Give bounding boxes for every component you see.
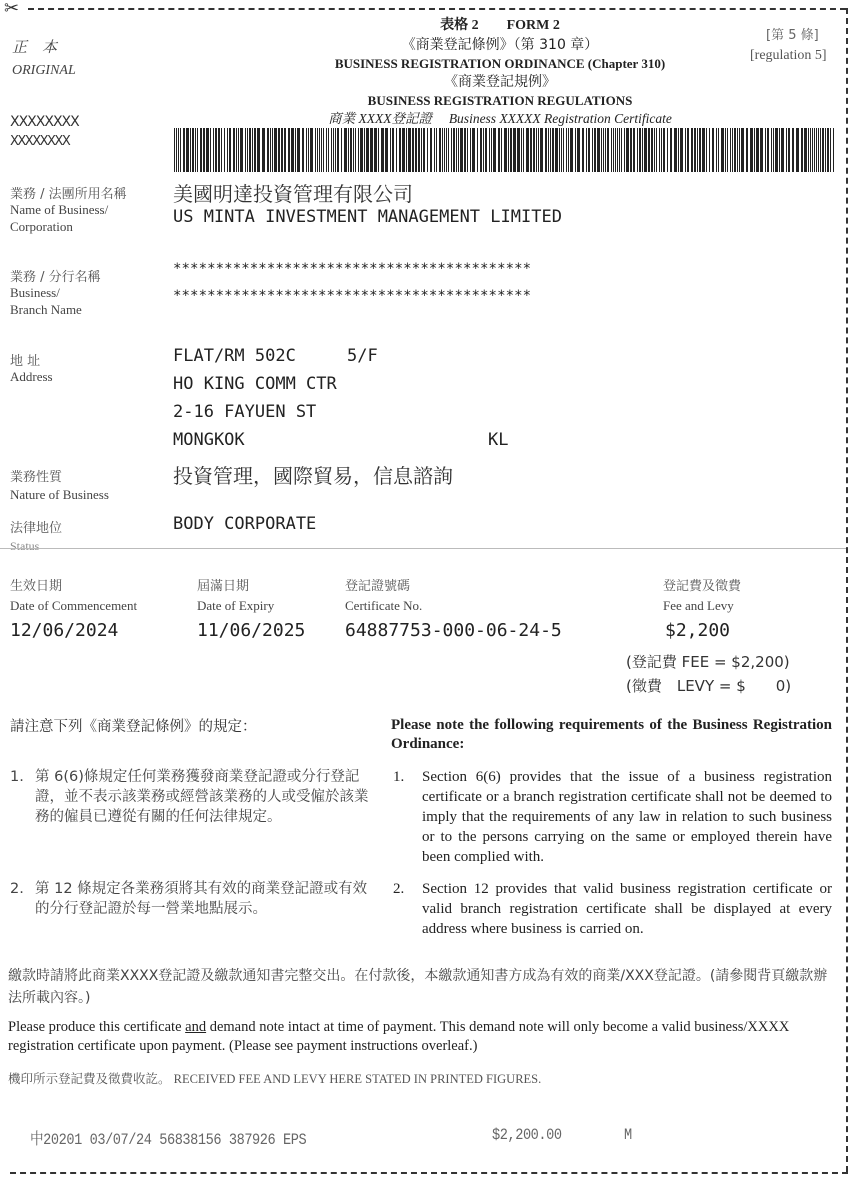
legal-status: BODY CORPORATE	[173, 514, 316, 534]
redacted-id-2: XXXXXXXX	[10, 134, 69, 149]
branch-label-en-1: Business/	[10, 284, 60, 301]
address-label-en: Address	[10, 368, 53, 385]
certificate-label-en: Certificate No.	[345, 597, 422, 614]
status-label-zh: 法律地位	[10, 517, 62, 536]
nature-of-business: 投資管理，國際貿易，信息諮詢	[173, 460, 453, 489]
note-1-en: Section 6(6) provides that the issue of …	[422, 767, 832, 867]
receipt-reference: 中20201 03/07/24 56838156 387926 EPS	[30, 1126, 306, 1149]
expiry-date: 11/06/2025	[197, 620, 305, 641]
cut-line-right	[846, 8, 848, 1172]
name-label-en-1: Name of Business/	[10, 201, 108, 218]
expiry-label-zh: 屆滿日期	[197, 575, 249, 594]
levy-breakdown: (徵費 LEVY = $ 0)	[626, 675, 791, 696]
note-2-num-zh: 2.	[10, 879, 24, 899]
form-number: 表格 2 FORM 2	[290, 18, 710, 34]
nature-label-en: Nature of Business	[10, 486, 109, 503]
note-1-zh: 第 6(6)條規定任何業務獲發商業登記證或分行登記證，並不表示該業務或經營該業務…	[35, 767, 380, 827]
business-name-zh: 美國明達投資管理有限公司	[173, 178, 413, 207]
payment-en-pre: Please produce this certificate	[8, 1019, 185, 1035]
section-divider	[0, 548, 846, 549]
commencement-label-zh: 生效日期	[10, 575, 62, 594]
address-label-zh: 地 址	[10, 350, 40, 369]
note-1-num-en: 1.	[393, 767, 404, 787]
payment-instructions-zh: 繳款時請將此商業XXXX登記證及繳款通知書完整交出。在付款後，本繳款通知書方成為…	[8, 965, 838, 1009]
payment-instructions-en: Please produce this certificate and dema…	[8, 1018, 838, 1056]
expiry-label-en: Date of Expiry	[197, 597, 274, 614]
regulation-ref-zh: [第 5 條]	[766, 24, 819, 43]
name-label-en-2: Corporation	[10, 218, 73, 235]
scissors-icon: ✂	[4, 0, 19, 19]
branch-name-1: ****************************************…	[173, 261, 531, 277]
branch-name-2: ****************************************…	[173, 288, 531, 304]
copy-label-zh: 正 本	[12, 36, 57, 57]
receipt-amount: $2,200.00	[492, 1126, 562, 1144]
fee-label-en: Fee and Levy	[663, 597, 734, 614]
fee-total: $2,200	[665, 620, 730, 641]
name-label-zh: 業務 / 法團所用名稱	[10, 183, 127, 202]
nature-label-zh: 業務性質	[10, 466, 62, 485]
address-line-3: 2-16 FAYUEN ST	[173, 402, 316, 422]
certificate-title: 商業 XXXX登記證 Business XXXXX Registration C…	[290, 111, 710, 127]
fee-breakdown: (登記費 FEE = $2,200)	[626, 651, 790, 672]
commencement-date: 12/06/2024	[10, 620, 118, 641]
notes-heading-en: Please note the following requirements o…	[391, 716, 832, 754]
note-1-num-zh: 1.	[10, 767, 24, 787]
address-line-4: MONGKOK	[173, 430, 245, 450]
certificate-number: 64887753-000-06-24-5	[345, 620, 562, 641]
branch-label-zh: 業務 / 分行名稱	[10, 266, 101, 285]
notes-heading-zh: 請注意下列《商業登記條例》的規定：	[10, 715, 257, 736]
address-line-2: HO KING COMM CTR	[173, 374, 337, 394]
ordinance-title-zh: 《商業登記條例》（第 310 章）	[290, 37, 710, 53]
note-2-num-en: 2.	[393, 879, 404, 899]
cut-line-top	[28, 8, 846, 10]
note-2-zh: 第 12 條規定各業務須將其有效的商業登記證或有效的分行登記證於每一營業地點展示…	[35, 879, 380, 919]
note-2-en: Section 12 provides that valid business …	[422, 879, 832, 939]
barcode	[174, 128, 834, 172]
address-line-1: FLAT/RM 502C 5/F	[173, 346, 378, 366]
branch-label-en-2: Branch Name	[10, 301, 82, 318]
address-district: KL	[488, 430, 508, 450]
regulation-ref-en: [regulation 5]	[750, 48, 827, 64]
commencement-label-en: Date of Commencement	[10, 597, 137, 614]
regulations-title-zh: 《商業登記規例》	[290, 74, 710, 90]
payment-en-underlined: and	[185, 1019, 206, 1035]
cut-line-bottom	[10, 1172, 848, 1174]
fee-label-zh: 登記費及徵費	[663, 575, 741, 594]
copy-label-en: ORIGINAL	[12, 63, 76, 79]
regulations-title-en: BUSINESS REGISTRATION REGULATIONS	[290, 93, 710, 109]
receipt-statement: 機印所示登記費及徵費收訖。 RECEIVED FEE AND LEVY HERE…	[8, 1069, 541, 1087]
redacted-id-1: XXXXXXXX	[10, 114, 79, 130]
business-name-en: US MINTA INVESTMENT MANAGEMENT LIMITED	[173, 207, 562, 227]
status-label-en: Status	[10, 538, 39, 555]
receipt-code: M	[624, 1126, 632, 1144]
certificate-label-zh: 登記證號碼	[345, 575, 410, 594]
ordinance-title-en: BUSINESS REGISTRATION ORDINANCE (Chapter…	[290, 56, 710, 72]
